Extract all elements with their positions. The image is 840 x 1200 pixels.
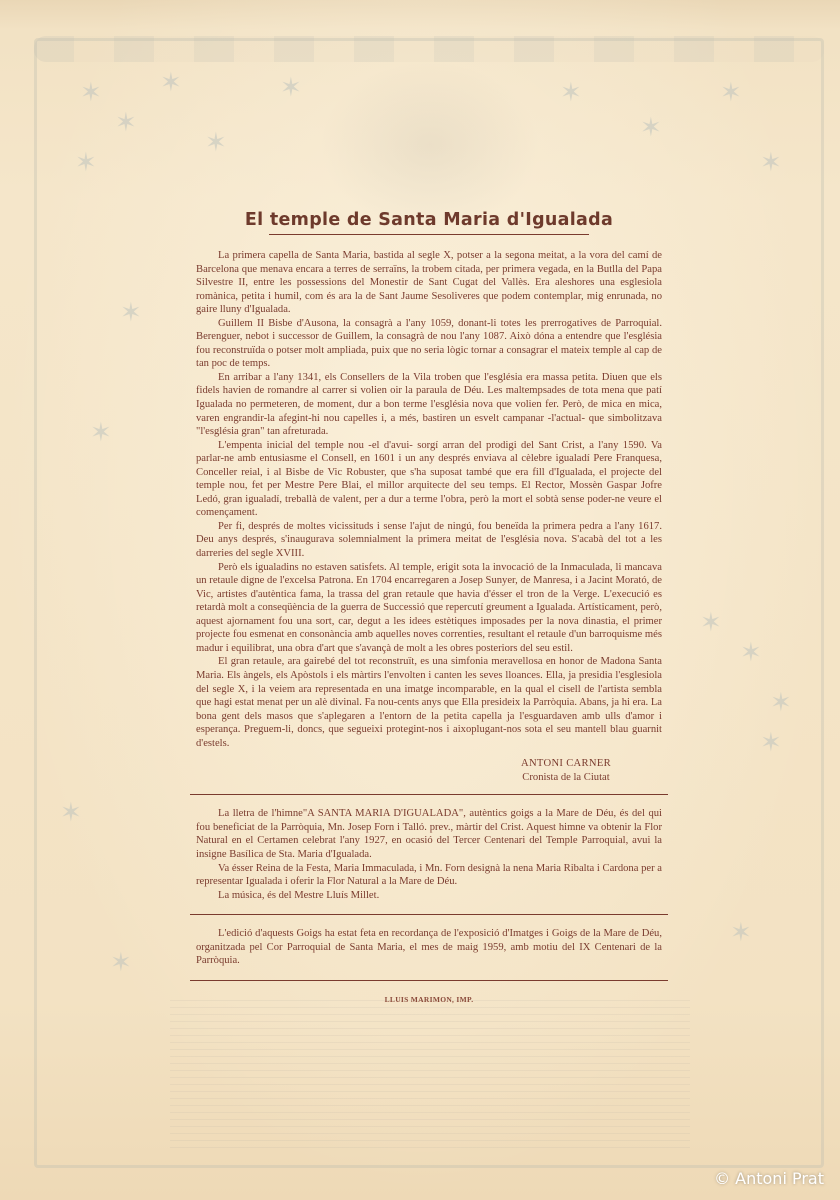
- printer-credit: LLUIS MARIMON, IMP.: [196, 993, 662, 1007]
- star-ornament-icon: ✶: [80, 80, 102, 106]
- star-ornament-icon: ✶: [205, 130, 227, 156]
- note-paragraph: La música, és del Mestre Lluís Millet.: [196, 889, 662, 903]
- divider: [190, 914, 668, 915]
- divider: [190, 980, 668, 981]
- star-ornament-icon: ✶: [730, 920, 752, 946]
- title-underline: [269, 234, 589, 235]
- star-ornament-icon: ✶: [280, 75, 302, 101]
- paragraph: L'empenta inicial del temple nou -el d'a…: [196, 439, 662, 520]
- star-ornament-icon: ✶: [160, 70, 182, 96]
- paragraph: Però els igualadins no estaven satisfets…: [196, 561, 662, 656]
- star-ornament-icon: ✶: [110, 950, 132, 976]
- signature-role: Cronista de la Ciutat: [496, 771, 636, 785]
- article: El temple de Santa Maria d'Igualada La p…: [196, 200, 662, 1006]
- paragraph: Per fi, després de moltes vicissituds i …: [196, 520, 662, 561]
- paragraph: El gran retaule, ara gairebé del tot rec…: [196, 655, 662, 750]
- star-ornament-icon: ✶: [760, 150, 782, 176]
- note-paragraph: Va ésser Reina de la Festa, Maria Immacu…: [196, 862, 662, 889]
- star-ornament-icon: ✶: [75, 150, 97, 176]
- star-ornament-icon: ✶: [90, 420, 112, 446]
- paragraph: La primera capella de Santa Maria, basti…: [196, 249, 662, 317]
- faded-music-staff: [170, 1000, 690, 1150]
- star-ornament-icon: ✶: [115, 110, 137, 136]
- star-ornament-icon: ✶: [60, 800, 82, 826]
- star-ornament-icon: ✶: [770, 690, 792, 716]
- star-ornament-icon: ✶: [560, 80, 582, 106]
- copyright-watermark: © Antoni Prat: [714, 1169, 824, 1188]
- divider: [190, 794, 668, 795]
- star-ornament-icon: ✶: [760, 730, 782, 756]
- star-ornament-icon: ✶: [720, 80, 742, 106]
- signature: ANTONI CARNER Cronista de la Ciutat: [496, 757, 662, 784]
- star-ornament-icon: ✶: [740, 640, 762, 666]
- star-ornament-icon: ✶: [700, 610, 722, 636]
- paragraph: En arribar a l'any 1341, els Consellers …: [196, 371, 662, 439]
- edition-note: L'edició d'aquests Goigs ha estat feta e…: [196, 927, 662, 968]
- note-paragraph: La lletra de l'himne"A SANTA MARIA D'IGU…: [196, 807, 662, 861]
- page-title: El temple de Santa Maria d'Igualada: [196, 209, 662, 231]
- star-ornament-icon: ✶: [640, 115, 662, 141]
- signature-name: ANTONI CARNER: [496, 757, 636, 771]
- star-ornament-icon: ✶: [120, 300, 142, 326]
- paragraph: Guillem II Bisbe d'Ausona, la consagrà a…: [196, 317, 662, 371]
